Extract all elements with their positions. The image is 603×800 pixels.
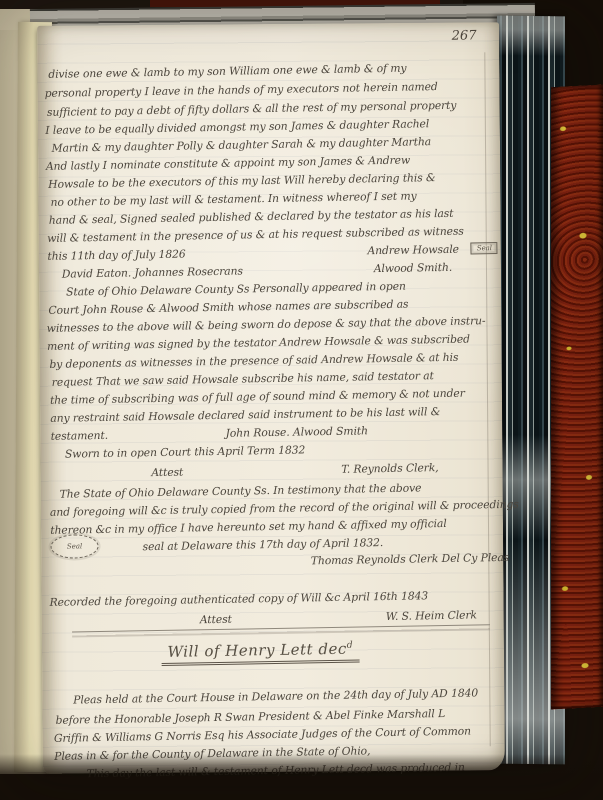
section-heading-row: Will of Henry Lett decd xyxy=(44,636,476,668)
shadow-bottom xyxy=(0,754,603,800)
clerk-signature: W. S. Heim Clerk xyxy=(386,608,477,623)
attest-label: Attest xyxy=(200,613,232,627)
witness-signatures: John Rouse. Alwood Smith xyxy=(225,424,368,439)
execution-date-text: this 11th day of July 1826 xyxy=(47,247,185,262)
testator-signature: Andrew HowsaleSeal xyxy=(367,242,498,258)
ledger-page: 267 divise one ewe & lamb to my son Will… xyxy=(37,22,505,774)
book-photo: 267 divise one ewe & lamb to my son Will… xyxy=(0,0,603,800)
book-cover-marbled xyxy=(551,85,603,710)
seal-stamp: Seal xyxy=(471,242,498,254)
witness-signatures-left: David Eaton. Johannes Rosecrans xyxy=(62,264,243,280)
clerk-signature: Thomas Reynolds Clerk Del Cy Pleas xyxy=(311,551,499,572)
manuscript-text: 267 divise one ewe & lamb to my son Will… xyxy=(34,20,509,776)
attest-label: Attest xyxy=(151,466,183,480)
clerk-signature: T. Reynolds Clerk, xyxy=(341,461,439,476)
witness-signature-right: Alwood Smith. xyxy=(374,261,453,275)
seal-stamp-oval: Seal xyxy=(50,534,98,559)
section-heading: Will of Henry Lett decd xyxy=(161,639,359,665)
page-number: 267 xyxy=(452,28,477,43)
